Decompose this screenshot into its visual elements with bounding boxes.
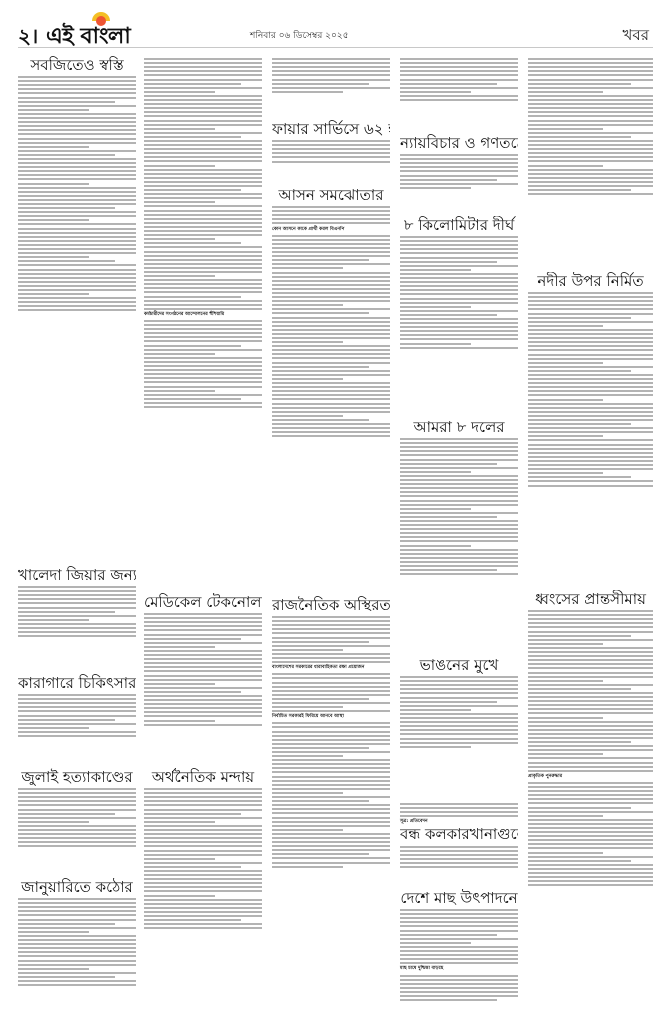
text-line — [400, 725, 518, 727]
text-line — [18, 174, 136, 176]
article-body — [400, 236, 518, 349]
text-line — [272, 292, 390, 294]
text-line — [400, 717, 518, 719]
text-line — [18, 635, 136, 637]
text-line — [144, 271, 262, 273]
text-line — [18, 611, 115, 613]
text-line — [528, 99, 653, 101]
text-line — [18, 607, 136, 609]
text-line — [400, 705, 518, 707]
text-line — [400, 446, 518, 448]
text-line — [528, 337, 653, 339]
text-line — [528, 115, 653, 117]
text-line — [528, 753, 603, 755]
text-line — [144, 308, 262, 310]
text-line — [144, 398, 241, 400]
text-line — [528, 876, 653, 878]
text-line — [272, 857, 390, 859]
text-line — [528, 378, 653, 380]
text-line — [400, 999, 497, 1001]
text-line — [400, 701, 497, 703]
text-line — [528, 366, 653, 368]
text-line — [272, 739, 390, 741]
text-line — [144, 251, 262, 253]
text-line — [272, 833, 390, 835]
subhead: বাংলাদেশের সরকারের ধারাবাহিকতা রক্ষা প্র… — [272, 665, 390, 671]
article-body — [528, 782, 653, 886]
text-line — [400, 289, 518, 291]
text-line — [272, 419, 369, 421]
text-line — [144, 349, 262, 351]
text-line — [528, 864, 653, 866]
text-line — [528, 390, 653, 392]
text-line — [144, 128, 215, 130]
text-line — [18, 223, 136, 225]
text-line — [272, 247, 390, 249]
article-body — [144, 788, 262, 929]
text-line — [144, 74, 262, 76]
text-line — [528, 456, 653, 458]
text-line — [400, 257, 518, 259]
text-line — [144, 903, 262, 905]
text-line — [18, 927, 136, 929]
text-line — [18, 285, 136, 287]
text-line — [18, 146, 89, 148]
text-line — [272, 821, 390, 823]
text-line — [18, 248, 136, 250]
text-line — [400, 87, 518, 89]
text-line — [272, 702, 390, 704]
text-line — [18, 631, 136, 633]
text-line — [18, 101, 115, 103]
headline: কারাগারে চিকিৎসার — [18, 674, 136, 692]
text-line — [18, 297, 136, 299]
subhead: নির্বাচিত সরকারই ফিরিয়ে আনবে আস্থা — [272, 714, 390, 720]
text-line — [272, 866, 343, 868]
text-line — [400, 187, 471, 189]
text-line — [400, 269, 471, 271]
text-line — [144, 263, 262, 265]
text-line — [400, 83, 497, 85]
text-line — [528, 308, 653, 310]
text-line — [400, 508, 471, 510]
text-line — [528, 766, 653, 768]
text-line — [272, 214, 390, 216]
text-line — [400, 553, 518, 555]
text-line — [18, 955, 136, 957]
text-line — [528, 144, 653, 146]
text-line — [400, 524, 518, 526]
text-line — [400, 70, 518, 72]
text-line — [272, 415, 343, 417]
text-line — [18, 796, 136, 798]
article-body — [144, 58, 262, 310]
text-line — [528, 370, 631, 372]
story-july-hotyakander: জুলাই হত্যাকাণ্ডের — [18, 768, 136, 850]
text-line — [400, 162, 518, 164]
text-line — [528, 729, 653, 731]
text-line — [18, 800, 136, 802]
text-line — [272, 694, 390, 696]
text-line — [144, 62, 262, 64]
text-line — [18, 984, 136, 986]
text-line — [400, 265, 518, 267]
text-line — [144, 291, 262, 293]
text-line — [144, 703, 262, 705]
text-line — [528, 626, 653, 628]
story-orthonoitik-mondai: অর্থনৈতিক মন্দায় — [144, 768, 262, 931]
text-line — [18, 264, 136, 266]
text-line — [18, 260, 115, 262]
text-line — [144, 927, 262, 929]
text-line — [144, 858, 215, 860]
text-line — [528, 124, 653, 126]
text-line — [144, 809, 262, 811]
text-line — [528, 485, 653, 487]
text-line — [144, 394, 262, 396]
text-line — [528, 721, 653, 723]
text-line — [144, 841, 262, 843]
text-line — [400, 450, 518, 452]
text-line — [144, 320, 262, 322]
text-line — [144, 91, 215, 93]
text-line — [144, 328, 262, 330]
text-line — [18, 723, 136, 725]
text-line — [144, 79, 262, 81]
text-line — [144, 336, 262, 338]
text-line — [272, 148, 390, 150]
text-line — [272, 272, 390, 274]
text-line — [272, 66, 390, 68]
text-line — [528, 741, 631, 743]
text-line — [272, 156, 390, 158]
text-line — [18, 731, 136, 733]
text-line — [144, 882, 262, 884]
text-line — [400, 680, 518, 682]
text-line — [528, 189, 631, 191]
text-line — [144, 95, 262, 97]
text-line — [272, 628, 390, 630]
masthead: ২। এই বাংলা শনিবার ০৬ ডিসেম্বর ২০২৫ খবর — [18, 22, 653, 48]
text-line — [18, 715, 136, 717]
text-line — [400, 930, 518, 932]
text-line — [528, 341, 653, 343]
article-body — [144, 320, 262, 408]
text-line — [272, 259, 369, 261]
text-line — [144, 160, 262, 162]
text-line — [272, 325, 390, 327]
text-line — [272, 357, 390, 359]
text-line — [528, 884, 653, 886]
text-line — [400, 91, 471, 93]
text-line — [400, 854, 518, 856]
text-line — [400, 491, 518, 493]
text-line — [400, 803, 518, 805]
text-line — [18, 735, 136, 737]
text-line — [272, 624, 390, 626]
text-line — [18, 88, 136, 90]
text-line — [272, 239, 390, 241]
headline: খালেদা জিয়ার জন্য — [18, 566, 136, 584]
text-line — [272, 755, 343, 757]
text-line — [144, 862, 262, 864]
text-line — [18, 84, 136, 86]
text-line — [18, 281, 136, 283]
text-line — [272, 837, 390, 839]
text-line — [400, 62, 518, 64]
article-body — [18, 694, 136, 737]
story-dhongsher-pranto: ধ্বংসের প্রান্তসীমায় প্রাকৃতিক পুনরুদ্ধ… — [528, 590, 653, 888]
text-line — [528, 460, 653, 462]
text-line — [400, 942, 471, 944]
text-line — [18, 125, 136, 127]
text-line — [144, 691, 241, 693]
text-line — [400, 277, 518, 279]
text-line — [144, 650, 262, 652]
text-line — [528, 325, 603, 327]
text-line — [528, 692, 653, 694]
text-line — [528, 181, 653, 183]
text-line — [272, 349, 390, 351]
text-line — [400, 545, 471, 547]
text-line — [528, 317, 631, 319]
text-line — [272, 140, 390, 142]
text-line — [18, 232, 136, 234]
text-line — [272, 411, 390, 413]
text-line — [272, 661, 390, 663]
text-line — [528, 91, 603, 93]
text-line — [18, 910, 136, 912]
text-line — [528, 843, 653, 845]
text-line — [272, 374, 390, 376]
text-line — [272, 767, 390, 769]
text-line — [272, 144, 390, 146]
text-line — [528, 70, 653, 72]
text-line — [144, 165, 215, 167]
text-line — [400, 487, 518, 489]
text-line — [18, 619, 89, 621]
article-body — [400, 58, 518, 101]
text-line — [18, 158, 136, 160]
text-line — [528, 329, 653, 331]
story-continued-col2-top: কর্মচারীদের সংগঠনের আন্দোলনের হুঁশিয়ারি — [144, 56, 262, 410]
text-line — [528, 407, 653, 409]
text-line — [528, 374, 653, 376]
text-line — [272, 345, 390, 347]
text-line — [144, 670, 262, 672]
text-line — [528, 120, 653, 122]
text-line — [528, 680, 603, 682]
text-line — [400, 170, 518, 172]
text-line — [272, 862, 390, 864]
text-line — [144, 304, 262, 306]
text-line — [528, 177, 653, 179]
text-line — [528, 737, 653, 739]
text-line — [18, 590, 136, 592]
text-line — [144, 390, 215, 392]
article-body — [272, 235, 390, 438]
text-line — [400, 938, 518, 940]
text-line — [144, 373, 262, 375]
text-line — [400, 504, 518, 506]
text-line — [144, 103, 262, 105]
text-line — [528, 132, 653, 134]
text-line — [144, 720, 215, 722]
text-line — [400, 179, 497, 181]
text-line — [272, 243, 390, 245]
text-line — [400, 302, 518, 304]
text-line — [528, 749, 653, 751]
text-line — [528, 152, 653, 154]
text-line — [400, 565, 518, 567]
text-line — [528, 411, 653, 413]
text-line — [528, 631, 653, 633]
text-line — [272, 382, 390, 384]
subhead: কোন আসনে কাকে প্রার্থী করল বিএনপি — [272, 227, 390, 233]
text-line — [18, 195, 136, 197]
headline: রাজনৈতিক অস্থিরতায় — [272, 596, 390, 614]
text-line — [528, 672, 653, 674]
headline: অর্থনৈতিক মন্দায় — [144, 768, 262, 786]
text-line — [400, 166, 518, 168]
text-line — [272, 435, 390, 437]
text-line — [400, 540, 518, 542]
text-line — [272, 218, 390, 220]
text-line — [18, 809, 136, 811]
text-line — [272, 403, 390, 405]
text-line — [272, 796, 390, 798]
text-line — [528, 807, 631, 809]
text-line — [18, 121, 136, 123]
text-line — [272, 645, 390, 647]
text-line — [528, 860, 631, 862]
text-line — [400, 79, 518, 81]
text-line — [18, 968, 89, 970]
article-body — [272, 206, 390, 224]
text-line — [272, 829, 343, 831]
text-line — [400, 298, 518, 300]
text-line — [18, 305, 136, 307]
text-line — [400, 322, 518, 324]
text-line — [144, 267, 262, 269]
text-line — [528, 704, 653, 706]
text-line — [18, 256, 89, 258]
text-line — [272, 731, 390, 733]
text-line — [528, 688, 631, 690]
text-line — [18, 706, 136, 708]
text-line — [272, 70, 390, 72]
text-line — [400, 285, 518, 287]
text-line — [528, 386, 653, 388]
text-line — [272, 263, 390, 265]
text-line — [528, 74, 653, 76]
text-line — [18, 817, 136, 819]
text-line — [18, 598, 136, 600]
text-line — [18, 976, 115, 978]
text-line — [400, 846, 518, 848]
text-line — [18, 602, 136, 604]
headline: বন্ধ কলকারখানাগুলো — [400, 825, 518, 843]
text-line — [144, 283, 262, 285]
text-line — [144, 279, 262, 281]
text-line — [18, 309, 136, 311]
text-line — [144, 218, 262, 220]
text-line — [144, 185, 262, 187]
story-8-kilometer: ৮ কিলোমিটার দীর্ঘ — [400, 216, 518, 351]
text-line — [18, 947, 136, 949]
text-line — [272, 62, 390, 64]
text-line — [528, 659, 653, 661]
text-line — [144, 70, 262, 72]
text-line — [400, 495, 518, 497]
text-line — [400, 158, 518, 160]
text-line — [528, 811, 653, 813]
text-line — [144, 181, 262, 183]
text-line — [144, 874, 262, 876]
text-line — [144, 111, 262, 113]
text-line — [528, 349, 653, 351]
text-line — [528, 880, 653, 882]
article-body — [528, 610, 653, 772]
text-line — [272, 222, 390, 224]
text-line — [18, 980, 136, 982]
text-line — [400, 925, 518, 927]
text-line — [144, 406, 262, 408]
text-line — [528, 708, 653, 710]
text-line — [400, 183, 518, 185]
text-line — [400, 975, 518, 977]
text-line — [528, 823, 653, 825]
story-khaleda-ziar-jonno: খালেদা জিয়ার জন্য — [18, 566, 136, 639]
text-line — [144, 259, 262, 261]
text-line — [144, 870, 262, 872]
text-line — [400, 95, 518, 97]
text-line — [272, 308, 390, 310]
text-line — [272, 378, 343, 380]
text-line — [18, 199, 136, 201]
text-line — [400, 721, 518, 723]
text-line — [144, 58, 262, 60]
headline: দেশে মাছ উৎপাদনে — [400, 889, 518, 907]
text-line — [528, 827, 653, 829]
text-line — [400, 709, 471, 711]
article-body — [400, 803, 518, 817]
text-line — [144, 234, 262, 236]
text-line — [144, 132, 262, 134]
text-line — [400, 516, 497, 518]
section-name: খবর — [623, 24, 649, 49]
text-line — [528, 635, 631, 637]
text-line — [144, 169, 262, 171]
text-line — [528, 452, 653, 454]
text-line — [400, 281, 518, 283]
text-line — [400, 697, 518, 699]
text-line — [400, 807, 518, 809]
text-line — [144, 140, 262, 142]
text-line — [18, 215, 136, 217]
text-line — [528, 296, 653, 298]
text-line — [144, 711, 262, 713]
story-col4-top — [400, 56, 518, 103]
text-line — [272, 817, 390, 819]
text-line — [18, 236, 136, 238]
text-line — [528, 111, 653, 113]
text-line — [144, 255, 262, 257]
text-line — [144, 173, 262, 175]
text-line — [528, 480, 653, 482]
text-line — [400, 913, 518, 915]
text-line — [144, 878, 262, 880]
